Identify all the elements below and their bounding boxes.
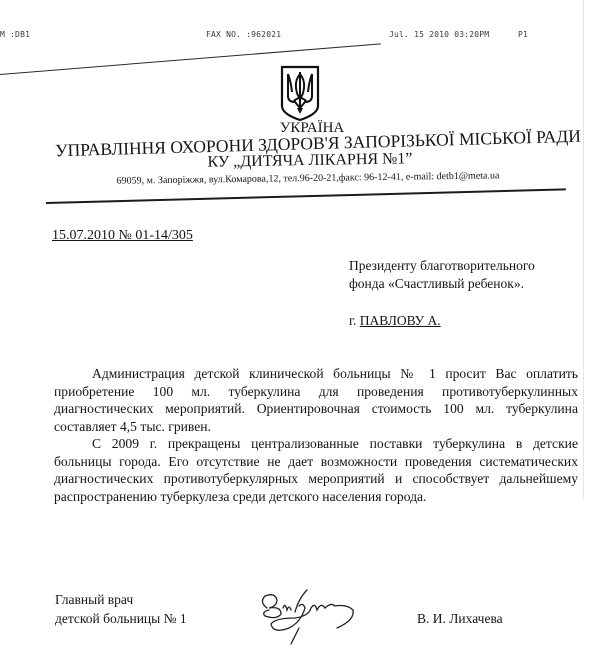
- signer-name: В. И. Лихачева: [417, 611, 503, 627]
- signer-title-line-1: Главный врач: [55, 592, 133, 608]
- handwritten-signature-icon: [255, 588, 370, 648]
- body-paragraph-1: Администрация детской клинической больни…: [54, 365, 578, 435]
- addressee-line-1: Президенту благотворительного: [349, 258, 535, 274]
- body-paragraph-2: С 2009 г. прекращены централизованные по…: [54, 435, 578, 505]
- fax-sender-id: M :DB1: [0, 30, 30, 39]
- addressee-name: г. ПАВЛОВУ А.: [349, 313, 441, 329]
- addressee-line-2: фонда «Счастливый ребенок».: [349, 276, 524, 292]
- trident-emblem-icon: [279, 64, 321, 122]
- signer-title-line-2: детской больницы № 1: [55, 611, 187, 627]
- scan-edge-line: [583, 0, 584, 500]
- addressee-name-prefix: г.: [349, 313, 356, 328]
- fax-number: FAX NO. :962021: [206, 30, 281, 39]
- letter-body: Администрация детской клинической больни…: [54, 365, 578, 505]
- addressee-surname: ПАВЛОВУ А.: [360, 313, 441, 328]
- letterhead-divider: [46, 188, 566, 203]
- fax-datetime: Jul. 15 2010 03:20PM: [389, 30, 489, 39]
- document-reference: 15.07.2010 № 01-14/305: [52, 228, 193, 244]
- scan-artifact-line: [0, 43, 381, 75]
- fax-page: P1: [518, 30, 528, 39]
